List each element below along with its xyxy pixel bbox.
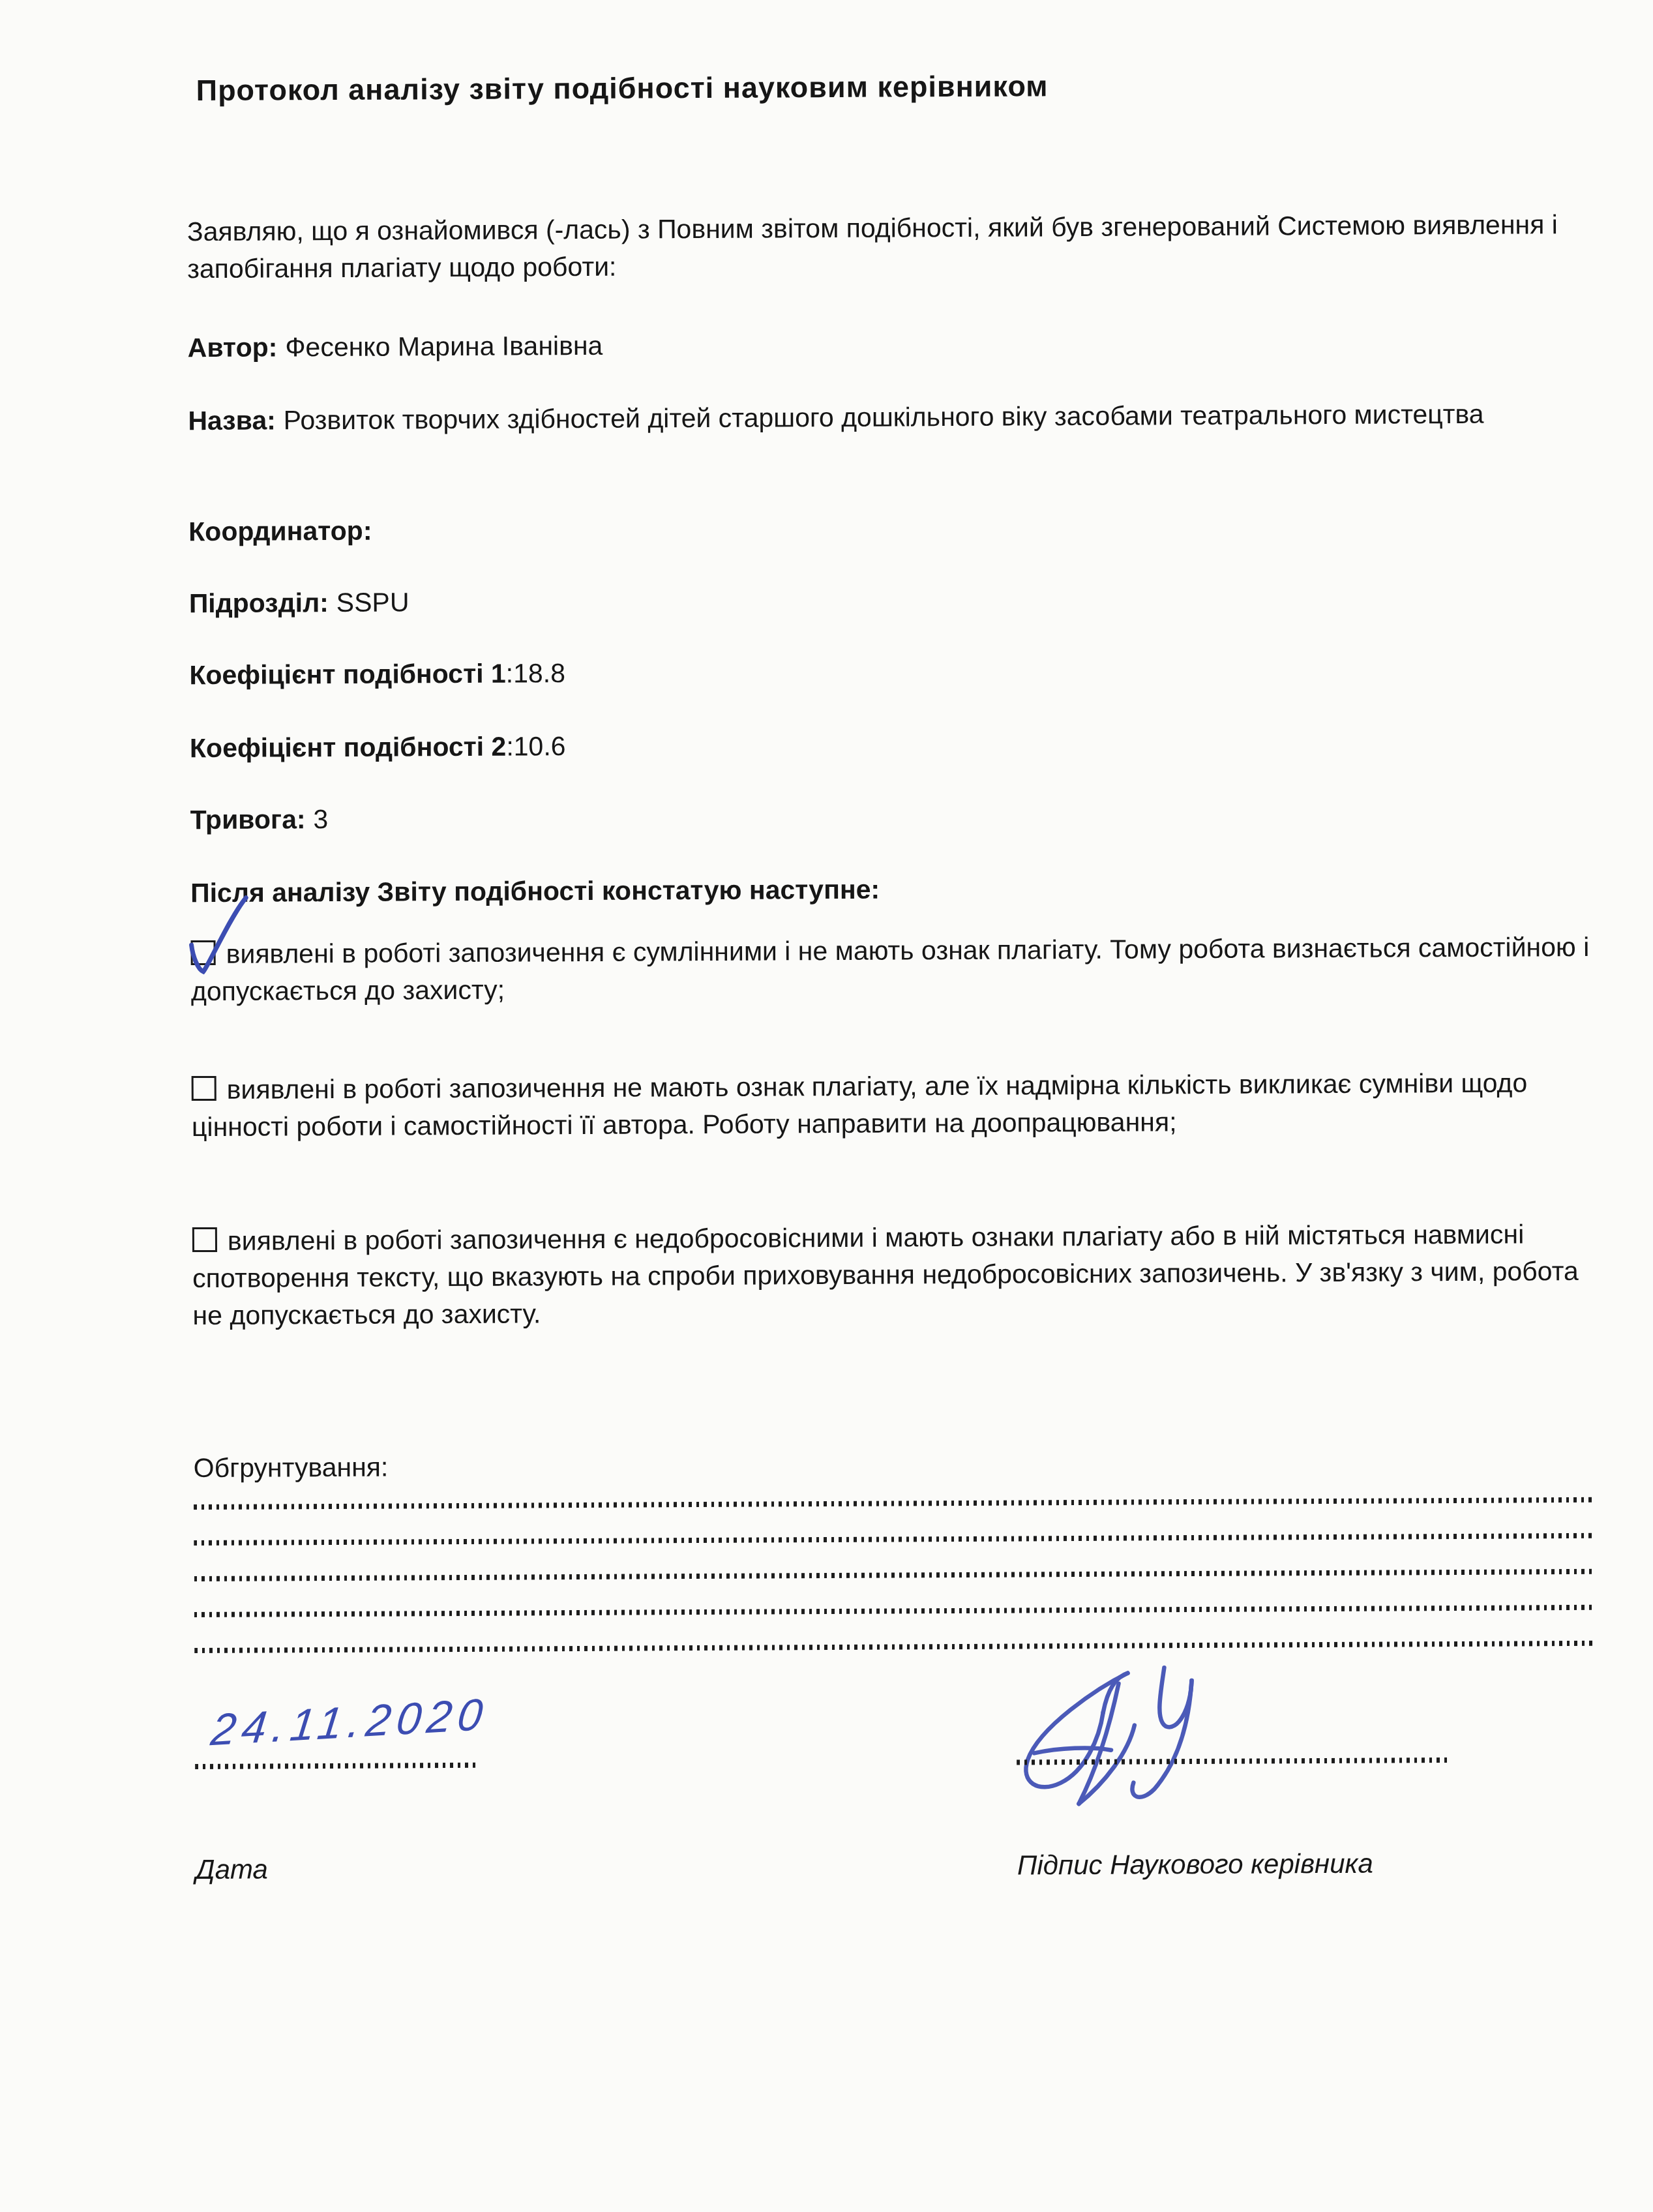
intro-paragraph: Заявляю, що я ознайомився (-лась) з Повн… [187,206,1596,288]
option-3-text: виявлені в роботі запозичення є недоброс… [192,1219,1579,1330]
field-thesis-title-label: Назва: [188,405,276,436]
signature-label: Підпис Наукового керівника [1017,1848,1373,1881]
document-title: Протокол аналізу звіту подібності науков… [196,69,1049,108]
field-thesis-title: Назва:Розвиток творчих здібностей дітей … [188,395,1596,440]
field-alert: Тривога:3 [190,794,1598,839]
field-coef2-value: :10.6 [506,731,565,761]
field-similarity-coefficient-1: Коефіцієнт подібності 1:18.8 [189,650,1598,694]
option-3-checkbox-unchecked [192,1227,217,1252]
field-author-label: Автор: [188,332,278,363]
field-coordinator-label: Координатор: [188,516,372,546]
field-coordinator: Координатор: [188,506,1597,550]
statement-heading: Після аналізу Звіту подібності констатую… [190,867,1599,912]
field-coef1-value: :18.8 [506,658,565,688]
dotted-line [194,1497,1596,1510]
field-coef1-label: Коефіцієнт подібності 1 [189,659,506,691]
justification-label: Обгрунтування: [194,1442,1602,1487]
field-unit-value: SSPU [336,587,410,618]
option-1-text: виявлені в роботі запозичення є сумлінни… [191,932,1590,1006]
dotted-line [194,1533,1596,1546]
dotted-line [194,1569,1596,1581]
dotted-line [194,1605,1596,1617]
field-coef2-label: Коефіцієнт подібності 2 [190,732,507,764]
field-thesis-title-value: Розвиток творчих здібностей дітей старшо… [284,399,1484,436]
option-2-text: виявлені в роботі запозичення не мають о… [192,1068,1527,1142]
option-1-checkbox-checked [191,940,216,965]
field-similarity-coefficient-2: Коефіцієнт подібності 2:10.6 [190,723,1598,767]
field-author-value: Фесенко Марина Іванівна [285,331,603,363]
date-label: Дата [196,1854,268,1886]
field-alert-label: Тривога: [190,804,305,835]
option-3-rejected: виявлені в роботі запозичення є недоброс… [192,1216,1608,1334]
field-alert-value: 3 [313,804,328,834]
field-author: Автор:Фесенко Марина Іванівна [188,322,1596,366]
signature-dotted-line [1017,1757,1447,1765]
dotted-line [194,1641,1596,1653]
field-unit: Підрозділ:SSPU [189,578,1598,622]
scanned-document-page: Протокол аналізу звіту подібності науков… [0,0,1653,2212]
option-1-accepted: виявлені в роботі запозичення є сумлінни… [191,929,1607,1010]
option-2-checkbox-unchecked [192,1076,216,1101]
handwritten-date: 24.11.2020 [209,1688,492,1756]
option-2-rework: виявлені в роботі запозичення не мають о… [192,1064,1607,1146]
justification-writing-lines [194,1497,1596,1684]
field-unit-label: Підрозділ: [189,588,329,618]
date-dotted-line [195,1763,475,1769]
